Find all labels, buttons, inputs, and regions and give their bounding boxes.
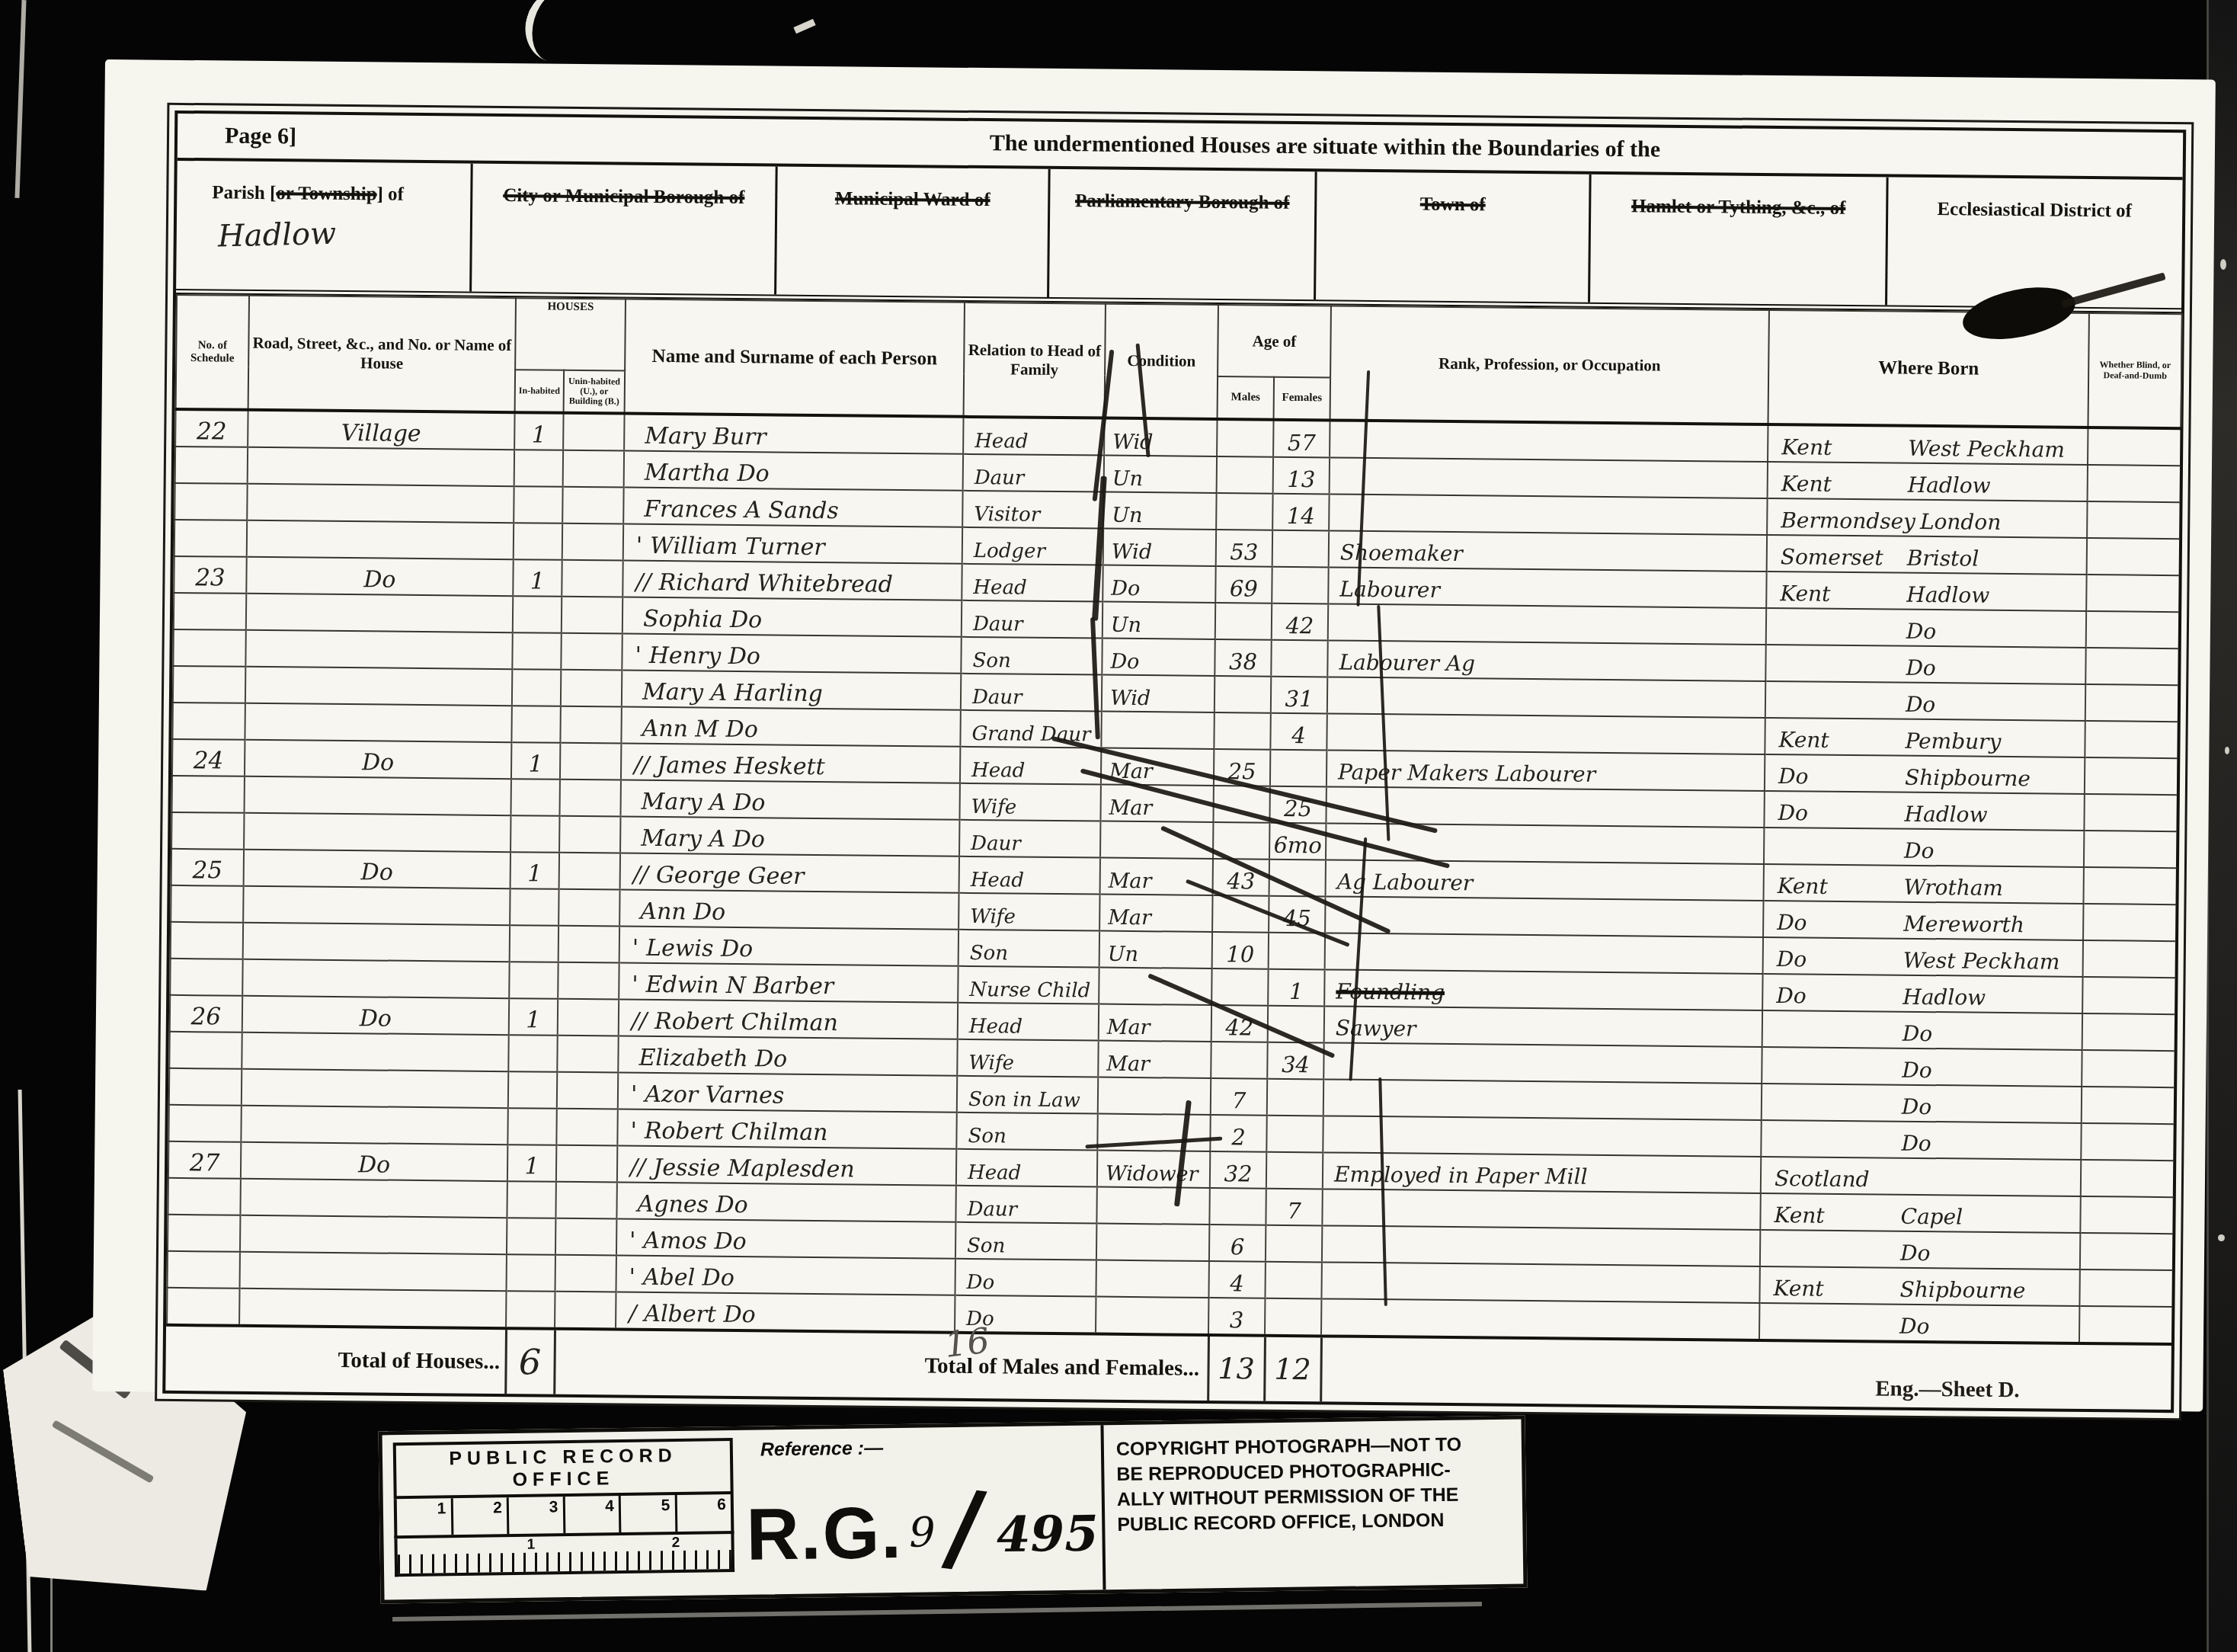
cell-inhabited: 1 xyxy=(509,998,558,1036)
cell-road xyxy=(242,1032,508,1071)
cell-condition: Un xyxy=(1099,931,1212,968)
cell-name: 'Edwin N Barber xyxy=(619,963,958,1003)
cell-relation: Son in Law xyxy=(957,1076,1098,1114)
cell-occupation: Shoemaker xyxy=(1329,530,1767,571)
cell-disability xyxy=(2082,1050,2175,1087)
cell-age-female: 57 xyxy=(1273,420,1330,458)
person-name: Albert Do xyxy=(644,1301,756,1328)
cell-age-female: 1 xyxy=(1268,969,1324,1007)
cell-where-born: Do xyxy=(1761,1120,2081,1160)
cell-disability xyxy=(2084,867,2177,904)
cell-uninhabited xyxy=(555,1292,616,1330)
cell-name: 'Amos Do xyxy=(616,1219,955,1259)
household-tick: // xyxy=(633,862,649,888)
cell-age-female xyxy=(1272,530,1329,568)
cell-where-born: Scotland xyxy=(1761,1157,2081,1196)
cell-road: Do xyxy=(241,1142,507,1181)
cell-occupation xyxy=(1323,1079,1762,1120)
total-mf-label: Total of Males and Females... xyxy=(615,1330,1208,1401)
cell-age-male xyxy=(1214,712,1270,750)
cell-uninhabited xyxy=(558,889,619,927)
cell-age-male: 3 xyxy=(1208,1298,1265,1336)
born-place: Shipbourne xyxy=(1900,765,2031,792)
born-place: Do xyxy=(1897,1058,1932,1083)
cell-disability xyxy=(2085,721,2178,758)
header-field-value xyxy=(1591,226,1886,234)
cell-disability xyxy=(2086,575,2179,612)
header-field-value: Hadlow xyxy=(191,213,470,255)
cell-disability xyxy=(2088,465,2181,502)
household-tick: ' xyxy=(629,1264,636,1291)
cell-relation: Daur xyxy=(962,600,1102,639)
header-field-label: Municipal Ward of xyxy=(777,186,1048,213)
header-field: City or Municipal Borough of xyxy=(469,164,776,295)
cell-relation: Do xyxy=(955,1259,1096,1297)
cell-road xyxy=(240,1179,507,1218)
cell-age-male: 53 xyxy=(1216,530,1272,567)
cell-disability xyxy=(2084,831,2177,868)
cell-occupation: Ag Labourer xyxy=(1326,860,1764,901)
person-name: James Heskett xyxy=(657,752,825,780)
cell-disability xyxy=(2085,684,2178,722)
cell-name: Sophia Do xyxy=(622,597,962,637)
cell-occupation: Sawyer xyxy=(1324,1006,1762,1047)
cell-age-female xyxy=(1265,1298,1321,1337)
cell-road xyxy=(242,1069,508,1108)
born-county: Do xyxy=(1766,764,1900,790)
cell-schedule: 27 xyxy=(168,1141,241,1179)
cell-schedule xyxy=(174,483,247,520)
person-name: Mary A Do xyxy=(642,789,766,817)
cell-relation: Daur xyxy=(959,820,1100,858)
cell-name: Agnes Do xyxy=(616,1183,955,1222)
cell-schedule: 24 xyxy=(172,739,245,776)
cell-condition xyxy=(1099,968,1211,1005)
occupation-text: Labourer Ag xyxy=(1339,650,1475,677)
cell-condition: Mar xyxy=(1100,858,1213,895)
cell-where-born: KentHadlow xyxy=(1768,462,2088,501)
cell-disability xyxy=(2082,1087,2175,1124)
cell-uninhabited xyxy=(559,853,620,890)
person-name: William Turner xyxy=(650,533,825,561)
born-county: Kent xyxy=(1761,1276,1895,1302)
cell-disability xyxy=(2081,1160,2174,1197)
cell-condition xyxy=(1096,1224,1209,1261)
household-tick: ' xyxy=(636,533,643,559)
cell-road xyxy=(241,1106,507,1145)
person-name: Henry Do xyxy=(649,642,761,670)
cell-uninhabited xyxy=(556,1145,617,1183)
cell-where-born: BermondseyLondon xyxy=(1767,498,2087,538)
cell-uninhabited xyxy=(561,633,622,671)
cell-relation: Head xyxy=(959,856,1100,895)
cell-name: Mary Burr xyxy=(624,414,963,454)
person-name: Frances A Sands xyxy=(644,496,839,524)
header-field-label: Ecclesiastical District of xyxy=(1888,197,2181,223)
cell-schedule xyxy=(171,812,244,850)
header-field: Hamlet or Tything, &c., of xyxy=(1588,174,1887,306)
cell-condition xyxy=(1096,1260,1208,1298)
cell-where-born: KentShipbourne xyxy=(1759,1266,2079,1306)
scan-artifact xyxy=(517,0,598,70)
cell-condition: Do xyxy=(1102,565,1215,603)
cell-schedule: 26 xyxy=(170,995,242,1032)
cell-relation: Wife xyxy=(959,783,1100,821)
ruler-inch-scale: 123456 xyxy=(394,1494,734,1538)
cell-disability xyxy=(2086,611,2179,648)
microfilm-scan: Page 6] The undermentioned Houses are si… xyxy=(0,0,2237,1652)
cell-inhabited xyxy=(510,888,558,926)
cell-inhabited xyxy=(510,815,559,853)
cell-condition: Wid xyxy=(1103,529,1216,566)
cell-uninhabited xyxy=(560,743,621,780)
cell-occupation xyxy=(1327,677,1765,718)
cell-age-female: 7 xyxy=(1266,1189,1322,1226)
cell-road: Do xyxy=(245,740,511,779)
cell-disability xyxy=(2088,427,2181,466)
cell-occupation: Labourer Ag xyxy=(1327,640,1765,681)
cell-uninhabited xyxy=(557,1072,618,1109)
cell-relation: Head xyxy=(962,564,1102,602)
reference-label: Reference :— xyxy=(760,1434,1101,1461)
col-header-disability: Whether Blind, or Deaf-and-Dumb xyxy=(2088,313,2182,428)
cell-condition: Un xyxy=(1102,602,1215,639)
cell-disability xyxy=(2082,977,2175,1014)
cell-schedule xyxy=(167,1288,239,1326)
col-header-condition: Condition xyxy=(1105,304,1218,419)
cell-schedule xyxy=(174,593,246,630)
pro-stamp: PUBLIC RECORD OFFICE 123456 12 Reference… xyxy=(378,1416,1527,1604)
cell-road xyxy=(248,447,514,486)
person-name: Abel Do xyxy=(643,1264,734,1292)
header-field-value xyxy=(1317,224,1589,231)
cell-age-male xyxy=(1209,1188,1266,1225)
occupation-text: Labourer xyxy=(1339,577,1440,603)
cell-name: 'Robert Chilman xyxy=(617,1109,956,1149)
cell-age-male xyxy=(1215,676,1271,713)
cell-disability xyxy=(2080,1233,2173,1270)
born-county xyxy=(1767,674,1901,675)
cell-age-male xyxy=(1217,419,1273,457)
person-name: Edwin N Barber xyxy=(645,972,834,1000)
born-place: Do xyxy=(1898,1021,1933,1046)
cell-inhabited: 1 xyxy=(513,559,562,597)
cell-inhabited xyxy=(507,1254,555,1292)
born-place: Do xyxy=(1901,692,1936,717)
cell-name: //James Heskett xyxy=(621,744,960,783)
cell-schedule xyxy=(170,959,242,996)
cell-name: Ann M Do xyxy=(621,707,960,747)
col-header-uninhabited: Unin-habited (U.), or Building (B.) xyxy=(564,370,626,414)
column-headers: No. of Schedule Road, Street, &c., and N… xyxy=(176,295,2182,428)
cell-age-male: 4 xyxy=(1208,1261,1265,1298)
cell-relation: Daur xyxy=(955,1186,1096,1224)
cell-where-born: KentWrotham xyxy=(1764,864,2084,904)
cell-relation: Son xyxy=(961,637,1102,675)
person-name: Mary A Harling xyxy=(642,679,823,707)
handwritten-scrawl: 16 xyxy=(942,1320,991,1365)
total-males-value: 13 xyxy=(1208,1335,1265,1401)
cell-relation: Head xyxy=(960,747,1101,785)
cell-relation: Head xyxy=(963,417,1104,456)
born-county: Do xyxy=(1765,910,1899,936)
cell-schedule xyxy=(173,666,245,703)
cell-where-born: DoHadlow xyxy=(1764,791,2084,831)
born-place: Hadlow xyxy=(1898,984,1986,1010)
cell-schedule xyxy=(171,885,243,923)
born-county: Do xyxy=(1765,800,1899,827)
cell-age-male: 38 xyxy=(1215,639,1271,677)
cell-age-female xyxy=(1270,750,1327,787)
cell-road: Do xyxy=(244,850,510,888)
born-place: Hadlow xyxy=(1903,472,1991,498)
reference-class-number: 9 xyxy=(909,1508,936,1556)
born-place: Mereworth xyxy=(1899,911,2024,938)
cell-relation: Head xyxy=(958,1003,1099,1041)
person-name: Amos Do xyxy=(643,1228,747,1255)
occupation-text: Employed in Paper Mill xyxy=(1334,1162,1588,1189)
cell-relation: Nurse Child xyxy=(958,966,1099,1004)
cell-schedule xyxy=(169,1068,242,1106)
cell-uninhabited xyxy=(562,487,623,524)
born-county: Kent xyxy=(1769,434,1903,461)
cell-schedule: 23 xyxy=(174,556,246,594)
cell-schedule xyxy=(172,776,245,813)
cell-condition: Do xyxy=(1102,639,1215,676)
cell-schedule xyxy=(169,1032,242,1069)
cell-road xyxy=(247,520,514,559)
cell-inhabited xyxy=(514,486,562,523)
cell-where-born: Do xyxy=(1762,1084,2082,1123)
cell-name: Ann Do xyxy=(619,890,958,930)
born-county: Do xyxy=(1765,946,1899,973)
copyright-notice: COPYRIGHT PHOTOGRAPH—NOT TOBE REPRODUCED… xyxy=(1100,1420,1523,1590)
reference-series: R.G. xyxy=(746,1492,904,1576)
cell-age-male: 2 xyxy=(1210,1115,1266,1152)
cell-road: Do xyxy=(242,996,509,1035)
cell-disability xyxy=(2083,904,2176,941)
cell-inhabited xyxy=(512,669,561,706)
cell-name: Elizabeth Do xyxy=(618,1036,957,1076)
census-sheet-page: Page 6] The undermentioned Houses are si… xyxy=(92,59,2216,1412)
cell-age-female xyxy=(1271,640,1327,677)
household-tick: // xyxy=(632,1008,648,1035)
pro-ruler: PUBLIC RECORD OFFICE 123456 12 xyxy=(382,1430,741,1600)
cell-disability xyxy=(2081,1123,2174,1161)
cell-occupation xyxy=(1322,1189,1760,1230)
born-county xyxy=(1765,856,1899,858)
cell-name: //Robert Chilman xyxy=(619,1000,958,1039)
household-tick: ' xyxy=(629,1228,636,1254)
born-place: Shipbourne xyxy=(1895,1277,2025,1304)
cell-inhabited xyxy=(508,1035,557,1072)
household-tick: ' xyxy=(632,935,639,962)
cell-road xyxy=(245,776,511,815)
born-place: Bristol xyxy=(1903,546,1979,571)
cell-occupation xyxy=(1326,823,1764,864)
born-place: London xyxy=(1915,509,2002,535)
stamp-underline xyxy=(392,1602,1482,1622)
cell-where-born: Do xyxy=(1760,1230,2080,1269)
cell-relation: Visitor xyxy=(962,491,1103,529)
person-name: Agnes Do xyxy=(637,1191,747,1218)
born-county: Kent xyxy=(1762,1202,1896,1229)
cell-inhabited xyxy=(506,1291,555,1329)
cell-age-male xyxy=(1216,493,1272,530)
cell-age-female xyxy=(1265,1262,1321,1299)
cell-age-female: 13 xyxy=(1273,457,1330,495)
cell-condition: Widower xyxy=(1097,1151,1210,1188)
cell-relation: Wife xyxy=(957,1039,1098,1077)
col-header-females: Females xyxy=(1274,377,1331,421)
cell-name: //George Geer xyxy=(620,853,959,893)
cell-age-female: 14 xyxy=(1272,494,1329,531)
cell-name: Mary A Do xyxy=(620,817,959,856)
cell-uninhabited xyxy=(560,706,621,744)
cell-disability xyxy=(2087,501,2180,539)
born-county: Kent xyxy=(1768,581,1902,607)
cell-inhabited xyxy=(511,706,560,743)
cell-inhabited xyxy=(509,962,558,999)
reference-number: R.G. 9 / 495 xyxy=(745,1462,1077,1583)
page-title: The undermentioned Houses are situate wi… xyxy=(178,123,2183,168)
pro-office-label: PUBLIC RECORD OFFICE xyxy=(393,1438,734,1499)
col-header-age: Age of xyxy=(1218,305,1331,377)
cell-name: Mary A Harling xyxy=(622,671,961,710)
cell-inhabited: 1 xyxy=(514,412,563,450)
person-name: Robert Chilman xyxy=(645,1118,828,1146)
cell-disability xyxy=(2079,1306,2172,1344)
header-field-label: City or Municipal Borough of xyxy=(472,184,775,210)
cell-schedule xyxy=(168,1251,240,1289)
cell-condition: Wid xyxy=(1104,418,1217,456)
person-name: Richard Whitebread xyxy=(659,569,894,598)
cell-name: //Jessie Maplesden xyxy=(617,1146,956,1186)
cell-disability xyxy=(2082,1013,2175,1051)
born-place: Do xyxy=(1896,1131,1931,1156)
born-county: Somerset xyxy=(1768,544,1903,571)
born-county: Do xyxy=(1764,983,1898,1010)
cell-condition: Un xyxy=(1104,456,1217,493)
cell-schedule xyxy=(168,1105,241,1142)
born-county xyxy=(1768,637,1902,639)
cell-inhabited xyxy=(508,1071,557,1109)
cell-disability xyxy=(2085,757,2178,795)
born-county xyxy=(1762,1149,1896,1151)
cell-uninhabited xyxy=(555,1182,616,1219)
cell-name: 'Abel Do xyxy=(616,1256,955,1295)
person-name: Elizabeth Do xyxy=(638,1045,787,1073)
cell-inhabited xyxy=(507,1181,555,1218)
header-field-label: Parliamentary Borough of xyxy=(1050,189,1314,216)
household-tick: / xyxy=(629,1301,636,1327)
cell-where-born: Do xyxy=(1762,1047,2082,1087)
cell-uninhabited xyxy=(562,523,623,561)
born-place: Do xyxy=(1901,655,1936,680)
born-county: Kent xyxy=(1765,873,1899,900)
cell-road xyxy=(239,1289,506,1328)
header-field-label: Town of xyxy=(1317,191,1589,218)
cell-age-female: 4 xyxy=(1270,713,1327,751)
person-name: Sophia Do xyxy=(643,606,763,633)
cell-condition xyxy=(1101,712,1214,749)
cell-occupation xyxy=(1329,494,1767,535)
born-place: Do xyxy=(1897,1094,1932,1119)
born-place xyxy=(1896,1167,1901,1193)
cell-relation: Daur xyxy=(961,674,1102,712)
cell-condition: Wid xyxy=(1102,675,1215,712)
cell-relation: Lodger xyxy=(962,527,1103,565)
cell-relation: Daur xyxy=(963,454,1104,492)
ruler-cm-scale: 12 xyxy=(394,1534,734,1577)
person-name: George Geer xyxy=(656,862,805,890)
scan-artifact xyxy=(793,19,815,34)
cell-uninhabited xyxy=(556,1109,617,1146)
household-tick: // xyxy=(630,1154,646,1181)
person-name: Mary A Do xyxy=(641,825,765,853)
person-name: Azor Varnes xyxy=(645,1081,784,1109)
born-county xyxy=(1763,1076,1897,1077)
cell-disability xyxy=(2087,538,2180,575)
person-name: Martha Do xyxy=(645,459,770,488)
cell-where-born: SomersetBristol xyxy=(1767,535,2087,575)
cell-where-born: DoWest Peckham xyxy=(1763,937,2083,977)
cell-occupation xyxy=(1328,603,1766,645)
occupation-text: Paper Makers Labourer xyxy=(1338,760,1595,787)
born-place: Hadlow xyxy=(1899,802,1987,828)
film-speck xyxy=(2225,747,2229,754)
household-tick: ' xyxy=(631,1081,638,1108)
col-header-schedule: No. of Schedule xyxy=(176,295,249,410)
born-place: Do xyxy=(1902,619,1937,644)
cell-uninhabited xyxy=(555,1218,616,1256)
cell-age-male xyxy=(1217,456,1273,494)
cell-road xyxy=(245,667,512,706)
film-speck xyxy=(2218,1234,2225,1241)
cell-age-female: 42 xyxy=(1272,603,1328,641)
occupation-text: Sawyer xyxy=(1336,1016,1416,1042)
cell-uninhabited xyxy=(557,1036,618,1073)
born-county: Kent xyxy=(1769,471,1903,498)
cell-schedule xyxy=(171,922,243,959)
col-header-males: Males xyxy=(1218,376,1275,420)
born-place: Wrotham xyxy=(1899,875,2004,901)
cell-disability xyxy=(2085,648,2178,685)
born-county xyxy=(1762,1259,1896,1260)
header-field: Parish [or Township] of Hadlow xyxy=(176,161,471,292)
cell-age-female: 31 xyxy=(1271,677,1327,714)
cell-uninhabited xyxy=(561,670,622,707)
cell-where-born: DoShipbourne xyxy=(1765,754,2085,794)
cell-disability xyxy=(2084,794,2177,831)
household-tick: // xyxy=(634,752,650,779)
cell-occupation xyxy=(1321,1262,1759,1303)
cell-where-born: Do xyxy=(1762,1010,2082,1050)
cell-name: Mary A Do xyxy=(621,780,960,820)
cell-where-born: KentHadlow xyxy=(1766,571,2086,611)
person-name: Mary Burr xyxy=(645,423,766,451)
cell-condition xyxy=(1096,1297,1208,1335)
cell-road xyxy=(240,1252,507,1291)
cell-inhabited xyxy=(514,450,563,487)
cell-where-born: DoMereworth xyxy=(1763,901,2083,940)
sheet-designation: Eng.—Sheet D. xyxy=(1875,1376,2020,1403)
cell-uninhabited xyxy=(558,962,619,1000)
cell-schedule xyxy=(175,447,248,484)
cell-relation: Son xyxy=(956,1113,1097,1151)
born-county xyxy=(1763,1113,1897,1114)
cell-occupation xyxy=(1323,1116,1761,1157)
